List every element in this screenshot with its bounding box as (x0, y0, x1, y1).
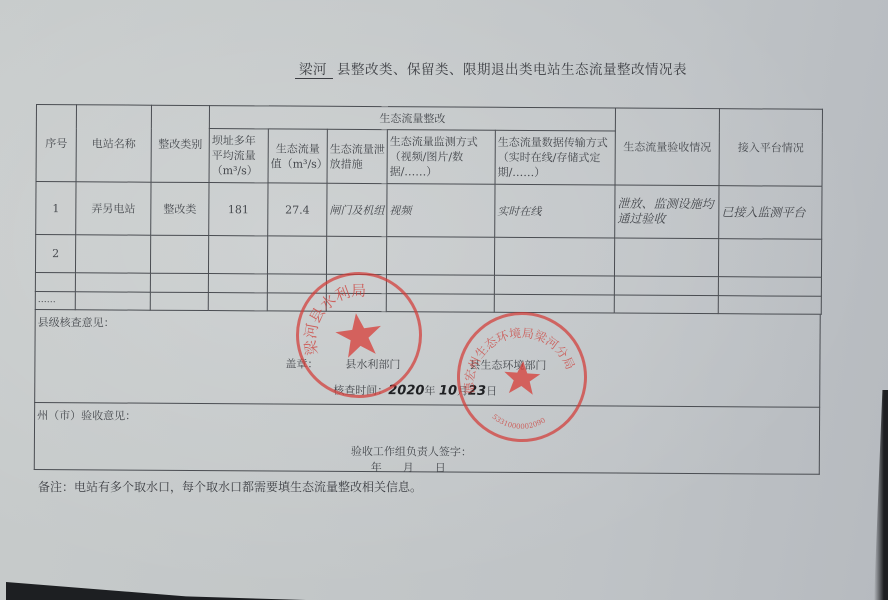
cell-acceptance: 泄放、监测设施均通过验收 (615, 185, 719, 239)
county-review-section: 县级核查意见： 盖章： 县水利部门 县生态环境部门 核查时间：2020年 10月… (34, 310, 821, 408)
cell-transmission (494, 294, 614, 313)
seal-env-text: 德宏州生态环境局梁河分局 (461, 321, 580, 402)
city-review-section: 州（市）验收意见： 验收工作组负责人签字： 年 月 日 (34, 403, 820, 475)
footnote: 备注：电站有多个取水口，每个取水口都需要填生态流量整改相关信息。 (38, 478, 422, 495)
cell-release-measure: 闸门及机组 (327, 183, 387, 236)
eco-flow-table: 序号 电站名称 整改类别 生态流量整改 生态流量验收情况 接入平台情况 坝址多年… (35, 104, 823, 315)
cell-seq: 1 (36, 182, 76, 235)
header-group: 生态流量整改 (209, 106, 615, 131)
signature-label: 验收工作组负责人签字： (351, 443, 472, 460)
cell-seq: 2 (35, 235, 75, 273)
cell-station-name (75, 235, 150, 273)
cell-transmission (494, 237, 614, 276)
cell-category (150, 273, 208, 292)
header-acceptance: 生态流量验收情况 (615, 108, 719, 186)
cell-transmission (494, 275, 614, 295)
header-release-measure: 生态流量泄放措施 (327, 129, 387, 183)
table-row: 2 (35, 235, 821, 278)
cell-acceptance (615, 238, 719, 277)
table-row: 1 弄另电站 整改类 181 27.4 闸门及机组 视频 实时在线 泄放、监测设… (36, 182, 822, 240)
cell-station-name: 弄另电站 (76, 182, 151, 235)
cell-seq: …… (35, 291, 75, 309)
env-bureau-seal: 德宏州生态环境局梁河分局 5331000002090 (453, 308, 592, 447)
cell-avg-flow: 181 (209, 183, 268, 236)
cell-acceptance (614, 276, 718, 296)
desk-edge-right (874, 390, 888, 600)
cell-platform (718, 277, 821, 297)
header-monitor-method: 生态流量监测方式（视频/图片/数据/……） (387, 130, 495, 185)
form-title: 梁河县整改类、保留类、限期退出类电站生态流量整改情况表 (295, 58, 687, 79)
cell-avg-flow (208, 274, 267, 293)
cell-station-name (75, 292, 150, 310)
cell-category (150, 235, 208, 273)
header-avg-flow: 坝址多年平均流量（m³/s） (209, 129, 268, 183)
cell-platform: 已接入监测平台 (719, 186, 822, 240)
header-eco-flow: 生态流量值（m³/s） (268, 129, 327, 183)
cell-station-name (75, 273, 150, 292)
header-platform: 接入平台情况 (719, 109, 822, 187)
cell-avg-flow (208, 293, 267, 311)
star-icon (503, 360, 541, 395)
star-icon (333, 310, 385, 359)
check-month: 10 (439, 383, 457, 398)
county-review-label: 县级核查意见： (38, 314, 115, 330)
year-unit: 年 (424, 384, 435, 397)
cell-category: 整改类 (151, 182, 209, 235)
cell-release-measure (326, 236, 386, 274)
cell-acceptance (614, 295, 718, 314)
header-station-name: 电站名称 (76, 105, 151, 182)
title-text: 县整改类、保留类、限期退出类电站生态流量整改情况表 (337, 62, 687, 78)
cell-category (150, 292, 208, 310)
seal-env-code: 5331000002090 (490, 412, 548, 432)
cell-eco-flow: 27.4 (268, 183, 327, 236)
cell-eco-flow (267, 236, 326, 274)
signature-date-line: 年 月 日 (371, 459, 446, 475)
header-transmission: 生态流量数据传输方式（实时在线/存储式定期/……） (495, 130, 615, 185)
cell-transmission: 实时在线 (495, 184, 615, 238)
water-bureau-seal: 梁河县水利局 (288, 264, 430, 406)
cell-platform (719, 239, 822, 278)
city-review-label: 州（市）验收意见： (37, 407, 136, 424)
header-seq: 序号 (36, 105, 76, 182)
cell-avg-flow (208, 236, 267, 274)
desk-edge-bottom (6, 582, 306, 600)
title-county: 梁河 (295, 58, 333, 79)
seal-water-graphic: 梁河县水利局 (291, 267, 427, 403)
seal-env-graphic: 德宏州生态环境局梁河分局 5331000002090 (456, 311, 588, 443)
cell-monitor-method: 视频 (387, 184, 495, 238)
cell-seq (35, 272, 75, 291)
cell-platform (718, 296, 821, 315)
rectification-form: 序号 电站名称 整改类别 生态流量整改 生态流量验收情况 接入平台情况 坝址多年… (34, 104, 820, 475)
header-category: 整改类别 (151, 105, 209, 182)
